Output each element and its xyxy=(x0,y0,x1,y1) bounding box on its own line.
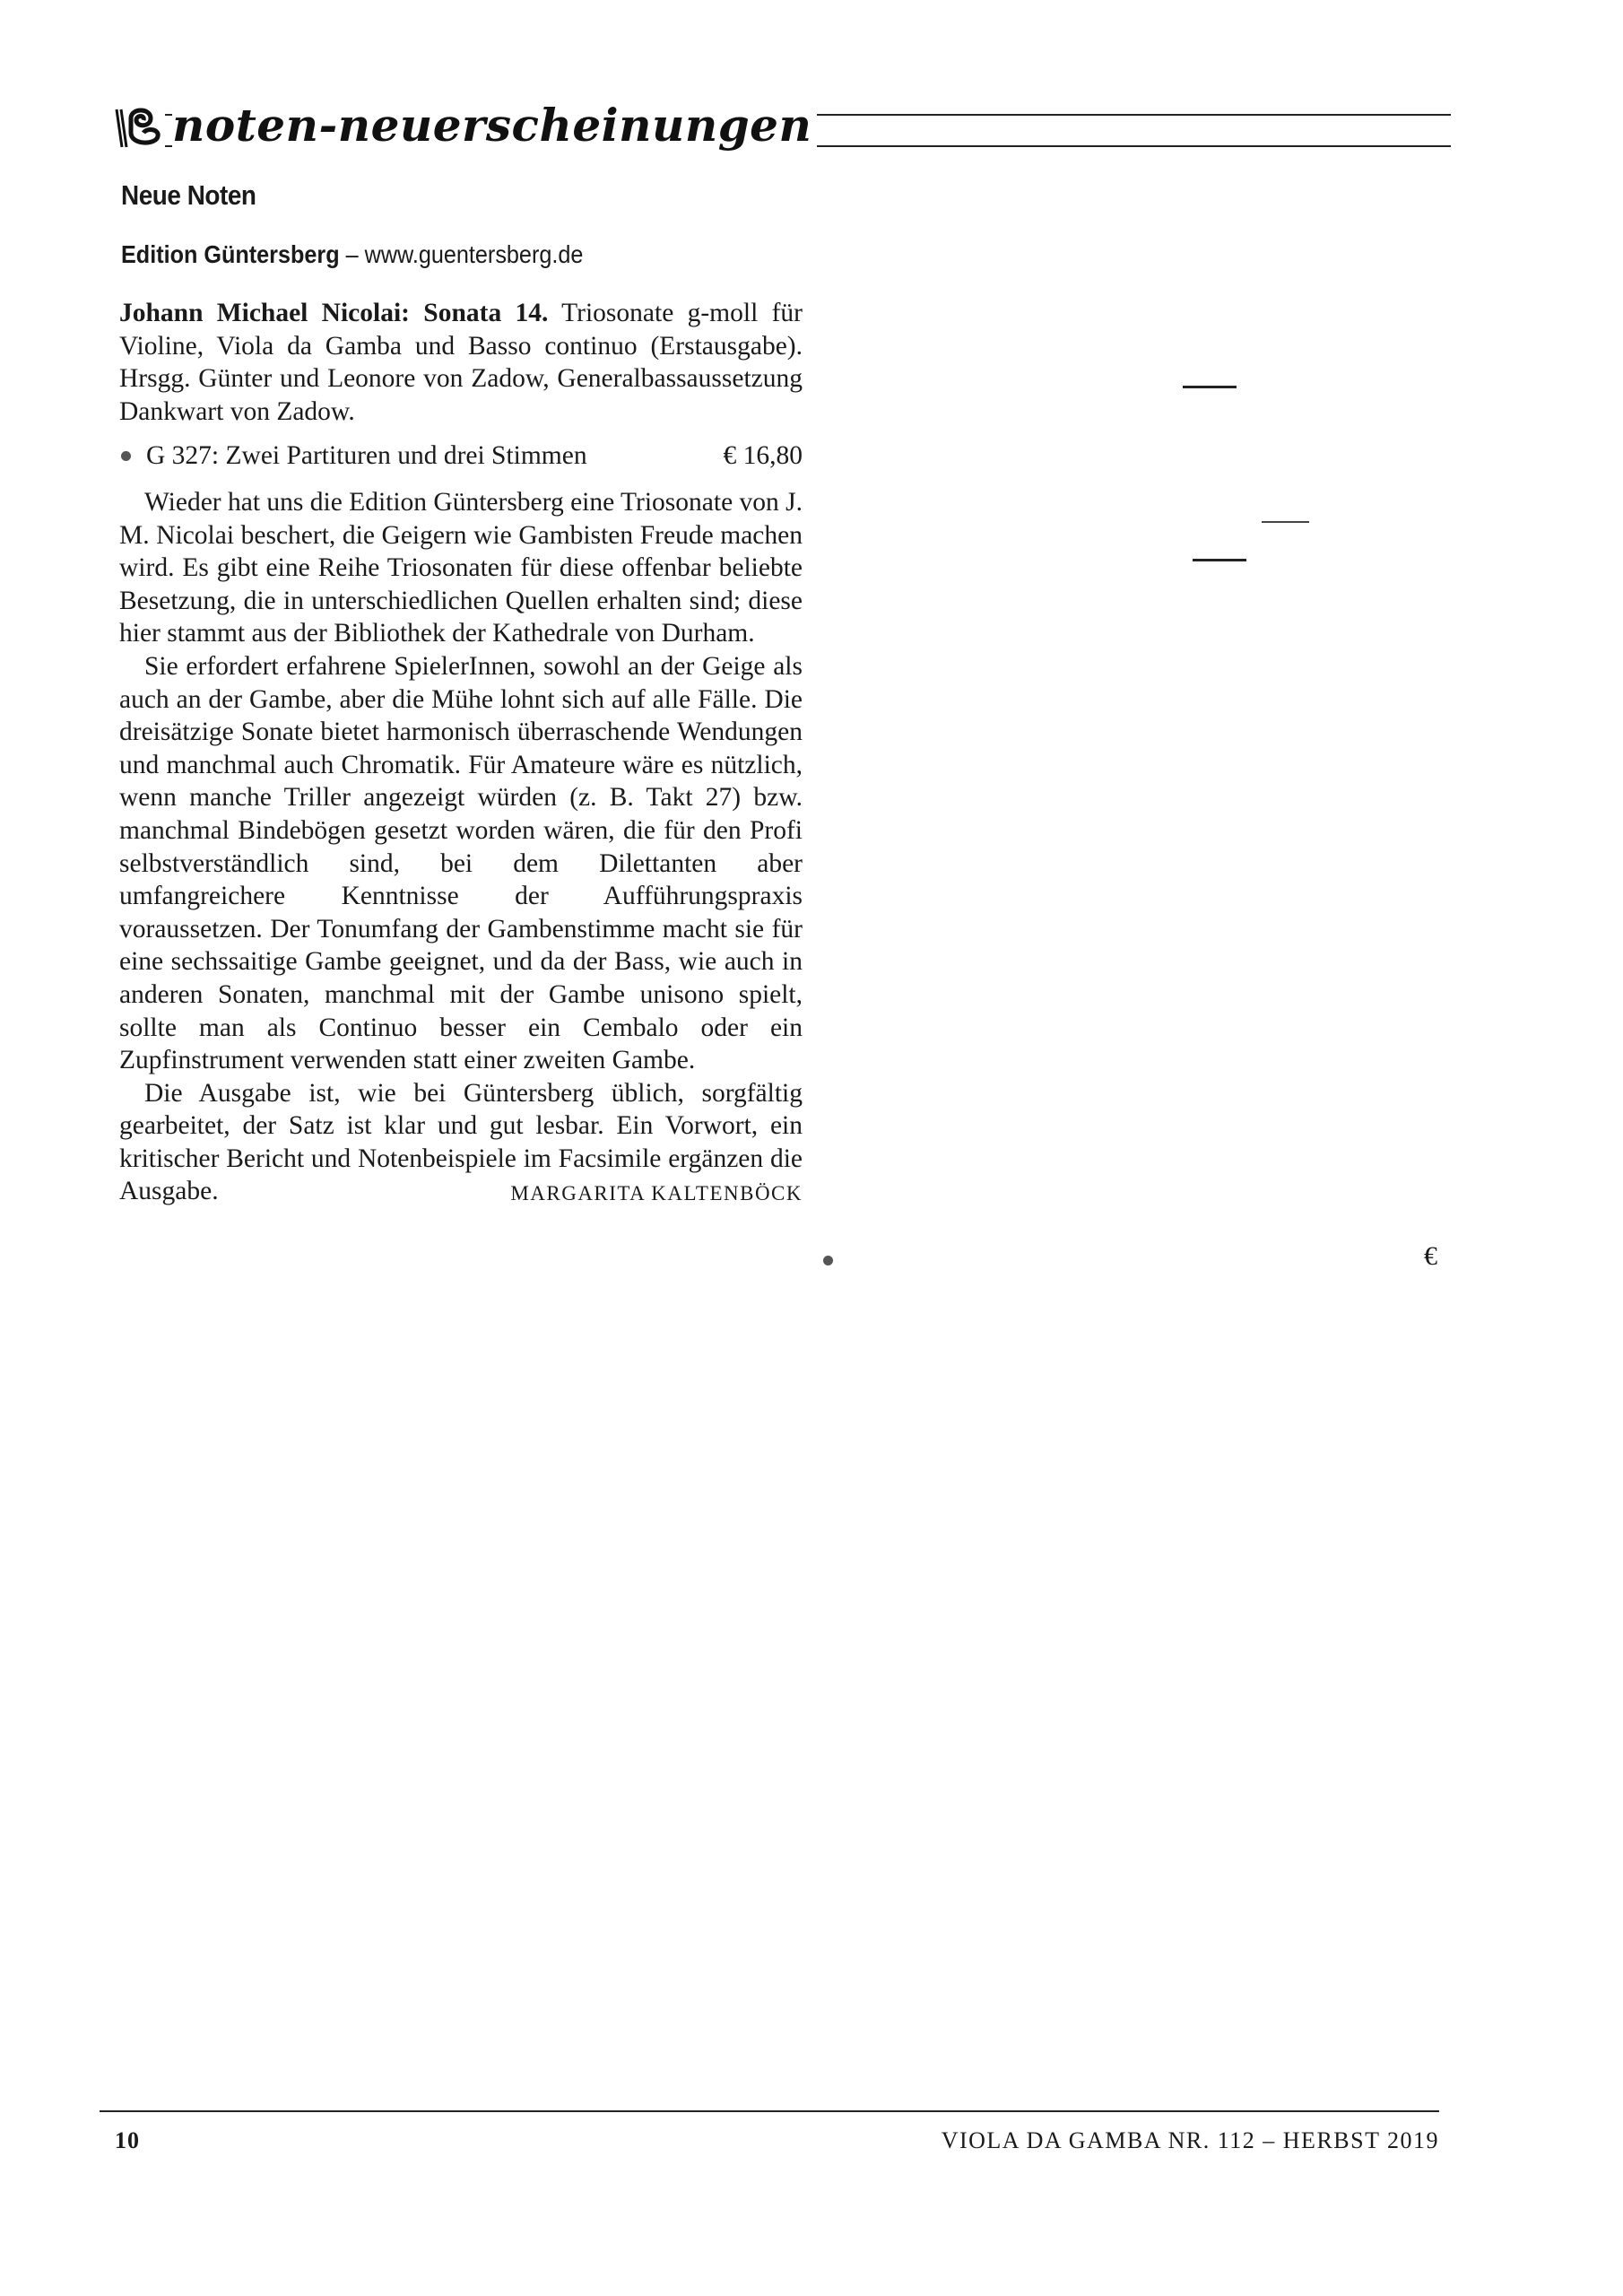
footer-rule xyxy=(100,2110,1439,2112)
placeholder-rule xyxy=(1183,386,1237,388)
viola-scroll-logo-icon xyxy=(113,106,165,149)
review-paragraph-last: Die Ausgabe ist, wie bei Güntersberg übl… xyxy=(119,1077,803,1208)
bullet-icon xyxy=(121,451,131,461)
section-title: Neue Noten xyxy=(121,179,256,212)
placeholder-rule xyxy=(1262,521,1309,523)
item-row: G 327: Zwei Partituren und drei Stimmen … xyxy=(119,439,803,475)
publisher-name: Edition Güntersberg xyxy=(121,240,340,268)
review-author: MARGARITA KALTENBÖCK xyxy=(485,1178,803,1211)
review-paragraph: Wieder hat uns die Edition Güntersberg e… xyxy=(119,486,803,650)
item-label: G 327: Zwei Partituren und drei Stimmen xyxy=(146,439,587,472)
publisher-separator: – xyxy=(340,240,365,268)
issue-label: VIOLA DA GAMBA NR. 112 – HERBST 2019 xyxy=(942,2127,1439,2154)
review-paragraph: Sie erfordert erfahrene SpielerInnen, so… xyxy=(119,650,803,1077)
euro-symbol: € xyxy=(1424,1241,1437,1272)
header-title: noten-neuerscheinungen xyxy=(172,100,817,151)
bullet-icon xyxy=(823,1256,833,1265)
placeholder-rule xyxy=(1193,559,1246,561)
entry-title: Johann Michael Nicolai: Sonata 14. xyxy=(119,299,548,327)
entry-description-paragraph: Johann Michael Nicolai: Sonata 14. Trios… xyxy=(119,297,803,428)
item-price: € 16,80 xyxy=(724,439,803,472)
publisher-url[interactable]: www.guentersberg.de xyxy=(365,240,584,268)
entry-block: Johann Michael Nicolai: Sonata 14. Trios… xyxy=(119,297,803,428)
review-body: Wieder hat uns die Edition Güntersberg e… xyxy=(119,486,803,1211)
page-number: 10 xyxy=(115,2127,140,2154)
publisher-line: Edition Güntersberg – www.guentersberg.d… xyxy=(121,240,583,269)
